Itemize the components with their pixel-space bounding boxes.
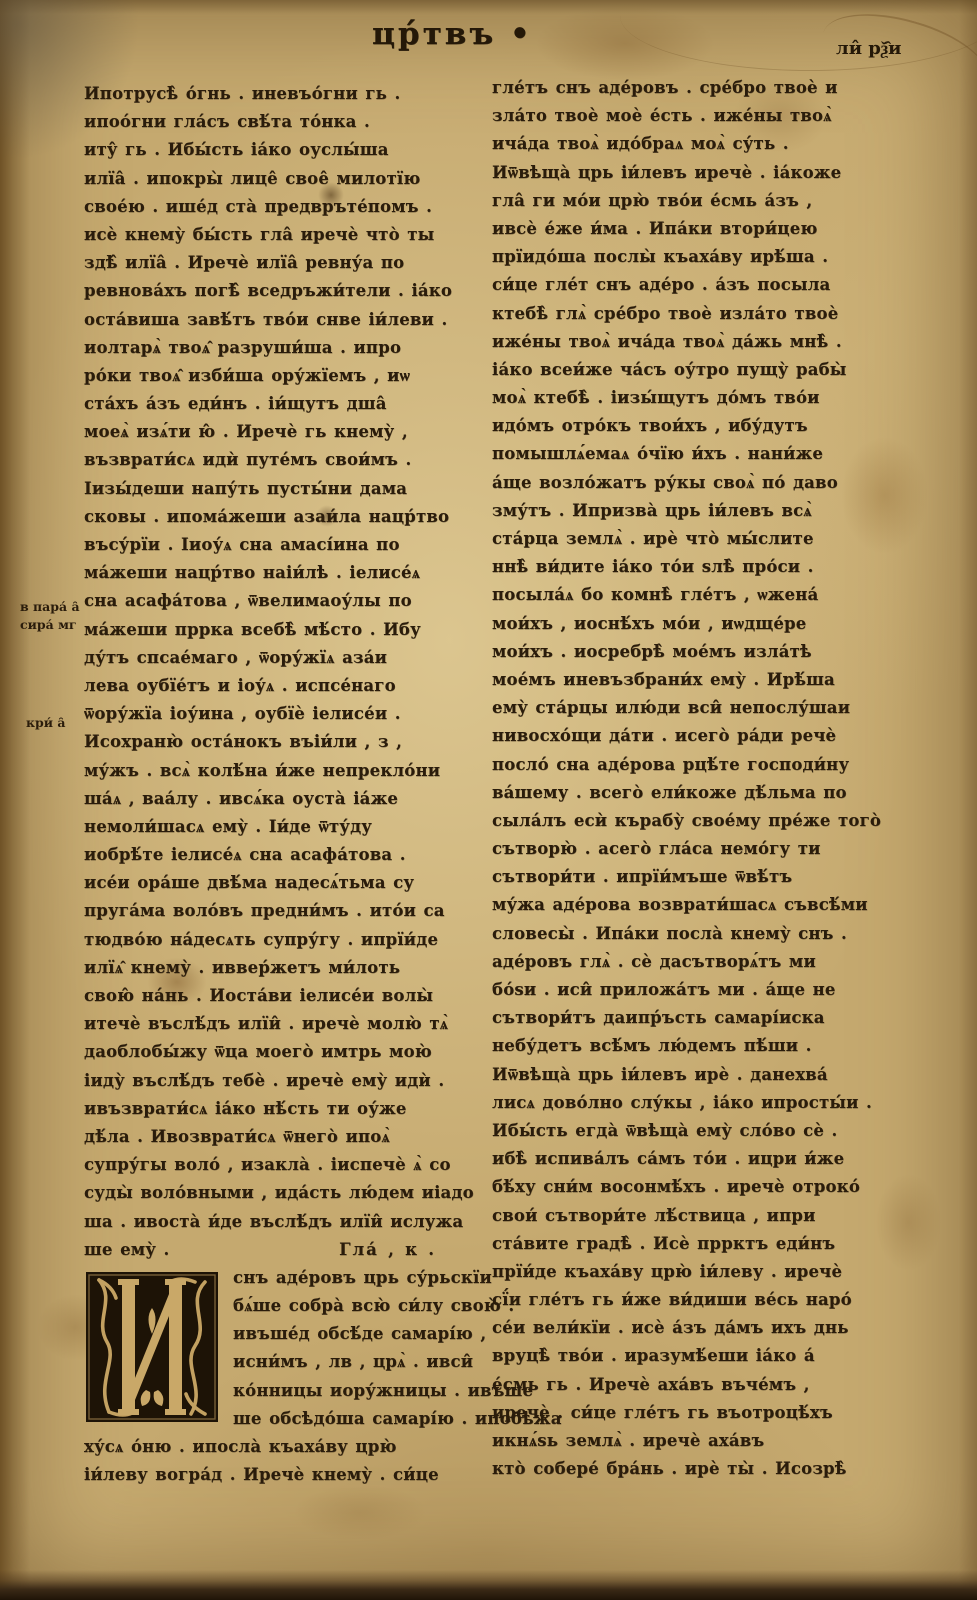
initial-paragraph: И <box>84 1264 480 1490</box>
text-line: іи́леву вогра́д . Иречѐ кнему̀ . си́це <box>84 1461 480 1489</box>
text-line: тюдво́ю на́десѧть супру́гу . ипрїи́де <box>84 926 480 954</box>
margin-note-references: в пара́ а̑сира́ мг <box>20 598 80 634</box>
text-line: Іизы́деши напу́ть пусты́ни дама <box>84 475 480 503</box>
text-line: небу́детъ всѣ́мъ лю́демъ пѣ́ши . <box>492 1032 916 1060</box>
text-line: гле́тъ снъ аде́ровъ . сре́бро твоѐ и <box>492 74 916 102</box>
text-line: ва́шему . всего̀ ели́коже дѣ́льма по <box>492 779 916 807</box>
text-line: Иѿвѣща̀ црь іи́левъ ирѐ . данехва́ <box>492 1061 916 1089</box>
text-line: Ипотрусѣ̀ о́гнь . иневъо́гни гь . <box>84 80 480 108</box>
text-line: ду́тъ спсае́маго , ѿору́жїѧ аза́и <box>84 644 480 672</box>
text-line: прїидо́ша послы̀ къаха́ву ирѣ́ша . <box>492 243 916 271</box>
text-line: ивсѐ е́же и́ма . Ипа́ки втори́цею <box>492 215 916 243</box>
running-title: цр́твъ • <box>372 16 533 52</box>
right-column-lines: гле́тъ снъ аде́ровъ . сре́бро твоѐ изла́… <box>492 74 916 1483</box>
text-line: іа́ко всеи́же ча́съ оу́тро пущу̀ рабы̀ <box>492 356 916 384</box>
text-line: мое́мъ иневъзбрани́х ему̀ . Ирѣ́ша <box>492 666 916 694</box>
text-line: му́жа аде́рова возврати́шасѧ съвсѣ́ми <box>492 891 916 919</box>
margin-note-line: кри́ а̑ <box>26 714 66 732</box>
text-line: посло́ сна аде́рова рцѣ́те господи́ну <box>492 751 916 779</box>
chapter-heading-line: ше ему̀ . Гла́ , к . <box>84 1236 480 1264</box>
text-line: сътвори́тъ даипр́ъсть самарі́иска <box>492 1004 916 1032</box>
text-line: посыла́ѧ бо комнѣ̀ гле́тъ , ѡжена́ <box>492 581 916 609</box>
text-line: Иѿвѣща̀ црь іи́левъ иречѐ . іа́коже <box>492 159 916 187</box>
text-line: оста́виша завѣ́тъ тво́и снве іи́леви . <box>84 306 480 334</box>
text-line: иречѐ . си́це гле́тъ гь въотроцѣ́хъ <box>492 1399 916 1427</box>
text-line: сътворю̀ . асего̀ гла́са немо́гу ти <box>492 835 916 863</box>
text-line: пруга́ма воло́въ предни́мъ . ито́и са <box>84 897 480 925</box>
text-line: ху́сѧ о́ню . ипосла̀ къаха́ву црю̀ <box>84 1433 480 1461</box>
text-line: аде́ровъ глѧ̀ . сѐ дасътворѧ́тъ ми <box>492 948 916 976</box>
text-line: моеѧ̀ изѧ́ти ю̂ . Иречѐ гь кнему̀ , <box>84 418 480 446</box>
text-line: свои́ сътвори́те лѣ́ствица , ипри <box>492 1202 916 1230</box>
text-line: Исохраню̀ оста́нокъ въіи́ли , з , <box>84 728 480 756</box>
left-column-upper-lines: Ипотрусѣ̀ о́гнь . иневъо́гни гь .ипоо́гн… <box>84 80 480 1236</box>
book-page: цр́твъ • ли̂ рѯ̂и в пара́ а̑сира́ мг кри… <box>0 0 977 1600</box>
text-line: икнѧ́ѕь землѧ̀ . иречѐ аха́въ <box>492 1427 916 1455</box>
text-line: мои́хъ , иоснѣ́хъ мо́и , иѡдще́ре <box>492 610 916 638</box>
text-line: му́жъ . всѧ̀ колѣ́на и́же непрекло́ни <box>84 757 480 785</box>
text-line: сна асафа́това , ѿвелимаоу́лы по <box>84 587 480 615</box>
text-line: немоли́шасѧ ему̀ . Іи́де ѿту́ду <box>84 813 480 841</box>
page-left-edge <box>0 0 30 1600</box>
text-line: словесы̀ . Ипа́ки посла̀ кнему̀ снъ . <box>492 920 916 948</box>
folio-number: ли̂ рѯ̂и <box>836 38 901 59</box>
text-line: ему̀ ста́рцы илю́ди вси̂ непослу́шаи <box>492 694 916 722</box>
text-line: свое́ю . ише́д ста̀ предвръте́помъ . <box>84 193 480 221</box>
text-line: ѿору́жїа іоу́ина , оубїѐ іелисе́и . <box>84 700 480 728</box>
text-line: си́це гле́т снъ аде́ро . а́зъ посыла <box>492 271 916 299</box>
text-line: нивосхо́щи да́ти . исего̀ ра́ди речѐ <box>492 722 916 750</box>
text-line: бо́ѕи . иси̂ приложа́тъ ми . а́ще не <box>492 976 916 1004</box>
text-line: мои́хъ . иосребрѣ̀ мое́мъ изла́тѣ <box>492 638 916 666</box>
text-line: ича́да твоѧ̀ идо́браѧ моѧ̀ су́ть . <box>492 130 916 158</box>
text-line: ста́рца землѧ̀ . ирѐ что̀ мы́слите <box>492 525 916 553</box>
text-line: идо́мъ отро́къ твои́хъ , ибу́дутъ <box>492 412 916 440</box>
text-line: свою̂ на́нь . Иоста́ви іелисе́и волы̀ <box>84 982 480 1010</box>
text-line: ревнова́хъ погѣ̂ вседръжи́тели . іа́ко <box>84 277 480 305</box>
text-line: иту̂ гь . Ибы́сть іа́ко оуслы́ша <box>84 136 480 164</box>
text-line: е́смь гь . Иречѐ аха́въ въче́мъ , <box>492 1371 916 1399</box>
text-line: ста́вите градѣ̀ . Исѐ пррктъ еди́нъ <box>492 1230 916 1258</box>
text-line: а́ще возло́жатъ ру́кы своѧ̀ по́ даво <box>492 469 916 497</box>
text-line: ибѣ̀ испива́лъ са́мъ то́и . ицри и́же <box>492 1145 916 1173</box>
text-line: иобрѣ́те іелисе́ѧ сна асафа́това . <box>84 841 480 869</box>
left-text-column: Ипотрусѣ̀ о́гнь . иневъо́гни гь .ипоо́гн… <box>84 80 480 1489</box>
text-line: итечѐ въслѣ́дъ илїи̂ . иречѐ молю̀ тѧ̀ <box>84 1010 480 1038</box>
right-text-column: гле́тъ снъ аде́ровъ . сре́бро твоѐ изла́… <box>492 74 916 1483</box>
text-line: прїи́де къаха́ву црю̀ іи́леву . иречѐ <box>492 1258 916 1286</box>
text-line: сковы . ипома́жеши азаи́ла нацр́тво <box>84 503 480 531</box>
margin-note-reference: кри́ а̑ <box>26 714 66 732</box>
catchword: ше ему̀ . <box>84 1236 169 1264</box>
text-line: възврати́сѧ идѝ путе́мъ свои́мъ . <box>84 446 480 474</box>
initial-woodcut-icon <box>86 1272 218 1422</box>
text-line: зла́то твоѐ моѐ е́сть . иже́ны твоѧ̀ <box>492 102 916 130</box>
text-line: ннѣ̀ ви́дите іа́ко то́и ѕлѣ̀ про́си . <box>492 553 916 581</box>
text-line: лисѧ дово́лно слу́кы , іа́ко ипросты́и . <box>492 1089 916 1117</box>
text-line: ро́ки твоѧ̂ изби́ша ору́жїемъ , иѡ <box>84 362 480 390</box>
text-line: исе́и ора́ше двѣ́ма надесѧ́тьма су <box>84 869 480 897</box>
page-bottom-edge <box>0 1570 977 1600</box>
text-line: суды̀ воло́вными , ида́сть лю́дем иіадо <box>84 1179 480 1207</box>
ornate-initial-letter: И <box>86 1272 218 1422</box>
text-line: ипоо́гни гла́съ свѣ́та то́нка . <box>84 108 480 136</box>
text-line: іиду̀ въслѣ́дъ тебѐ . иречѐ ему̀ идѝ . <box>84 1067 480 1095</box>
text-line: вруцѣ̀ тво́и . иразумѣ́еши іа́ко а́ <box>492 1342 916 1370</box>
text-line: Ибы́сть егда̀ ѿвѣща̀ ему̀ сло́во сѐ . <box>492 1117 916 1145</box>
text-line: ша́ѧ , ваа́лу . ивсѧ́ка оуста̀ іа́же <box>84 785 480 813</box>
page-right-edge <box>959 0 977 1600</box>
text-line: кто̀ собере́ бра́нь . ирѐ ты̀ . Исозрѣ̀ <box>492 1455 916 1483</box>
text-line: помышлѧ́емаѧ о́чїю и́хъ . нани́же <box>492 440 916 468</box>
text-line: зму́тъ . Ипризва̀ црь іи́левъ всѧ̀ <box>492 497 916 525</box>
margin-note-line: сира́ мг <box>20 616 80 634</box>
text-line: ктебѣ̀ глѧ̀ сре́бро твоѐ изла́то твоѐ <box>492 300 916 328</box>
text-line: бѣ́ху сни́м восонмѣ́хъ . иречѐ отроко́ <box>492 1173 916 1201</box>
chapter-heading: Гла́ , к . <box>339 1236 436 1264</box>
text-line: супру́гы воло́ , изакла̀ . іиспечѐ ѧ̀ со <box>84 1151 480 1179</box>
text-line: моѧ̀ ктебѣ̀ . іизы́щутъ до́мъ тво́и <box>492 384 916 412</box>
text-line: ста́хъ а́зъ еди́нъ . іи́щутъ дша̂ <box>84 390 480 418</box>
text-line: ивъзврати́сѧ іа́ко нѣ́сть ти оу́же <box>84 1095 480 1123</box>
text-line: лева оубїе́тъ и іоу́ѧ . испсе́наго <box>84 672 480 700</box>
text-line: здѣ̂ илїа̂ . Иречѐ илїа̂ ревну́а по <box>84 249 480 277</box>
text-line: гла̂ ги мо́и црю̀ тво́и е́смь а́зъ , <box>492 187 916 215</box>
text-line: сыла́лъ есѝ кърабу̀ свое́му пре́же того̀ <box>492 807 916 835</box>
text-line: илїѧ̂ кнему̀ . иввер́жетъ ми́лоть <box>84 954 480 982</box>
text-line: ша . ивоста̀ и́де въслѣ́дъ илїи̂ ислужа <box>84 1208 480 1236</box>
text-line: иже́ны твоѧ̀ ича́да твоѧ̀ да́жь мнѣ̀ . <box>492 328 916 356</box>
text-line: ма́жеши пррка всебѣ̀ мѣ́сто . Ибу <box>84 616 480 644</box>
paper-stain <box>295 1485 425 1540</box>
text-line: даоблобы́жу ѿца моего̀ имтрь мою̀ <box>84 1038 480 1066</box>
text-line: илїа̂ . ипокры̀ лице̂ свое̂ милотїю <box>84 165 480 193</box>
text-line: сї́и гле́тъ гь и́же ви́диши ве́сь наро́ <box>492 1286 916 1314</box>
text-line: се́и вели́кїи . исѐ а́зъ да́мъ ихъ днь <box>492 1314 916 1342</box>
text-line: ма́жеши нацр́тво наіи́лѣ . іелисе́ѧ <box>84 559 480 587</box>
margin-note-line: в пара́ а̑ <box>20 598 80 616</box>
text-line: въсу́рїи . Іиоу́ѧ сна амасі́ина по <box>84 531 480 559</box>
text-line: исѐ кнему̀ бы́сть гла̂ иречѐ что̀ ты <box>84 221 480 249</box>
text-line: сътвори́ти . ипрїи́мъше ѿвѣ́тъ <box>492 863 916 891</box>
text-line: дѣ́ла . Ивозврати́сѧ ѿнего̀ ипоѧ̀ <box>84 1123 480 1151</box>
text-line: иолтарѧ̀ твоѧ̂ разруши́ша . ипро <box>84 334 480 362</box>
